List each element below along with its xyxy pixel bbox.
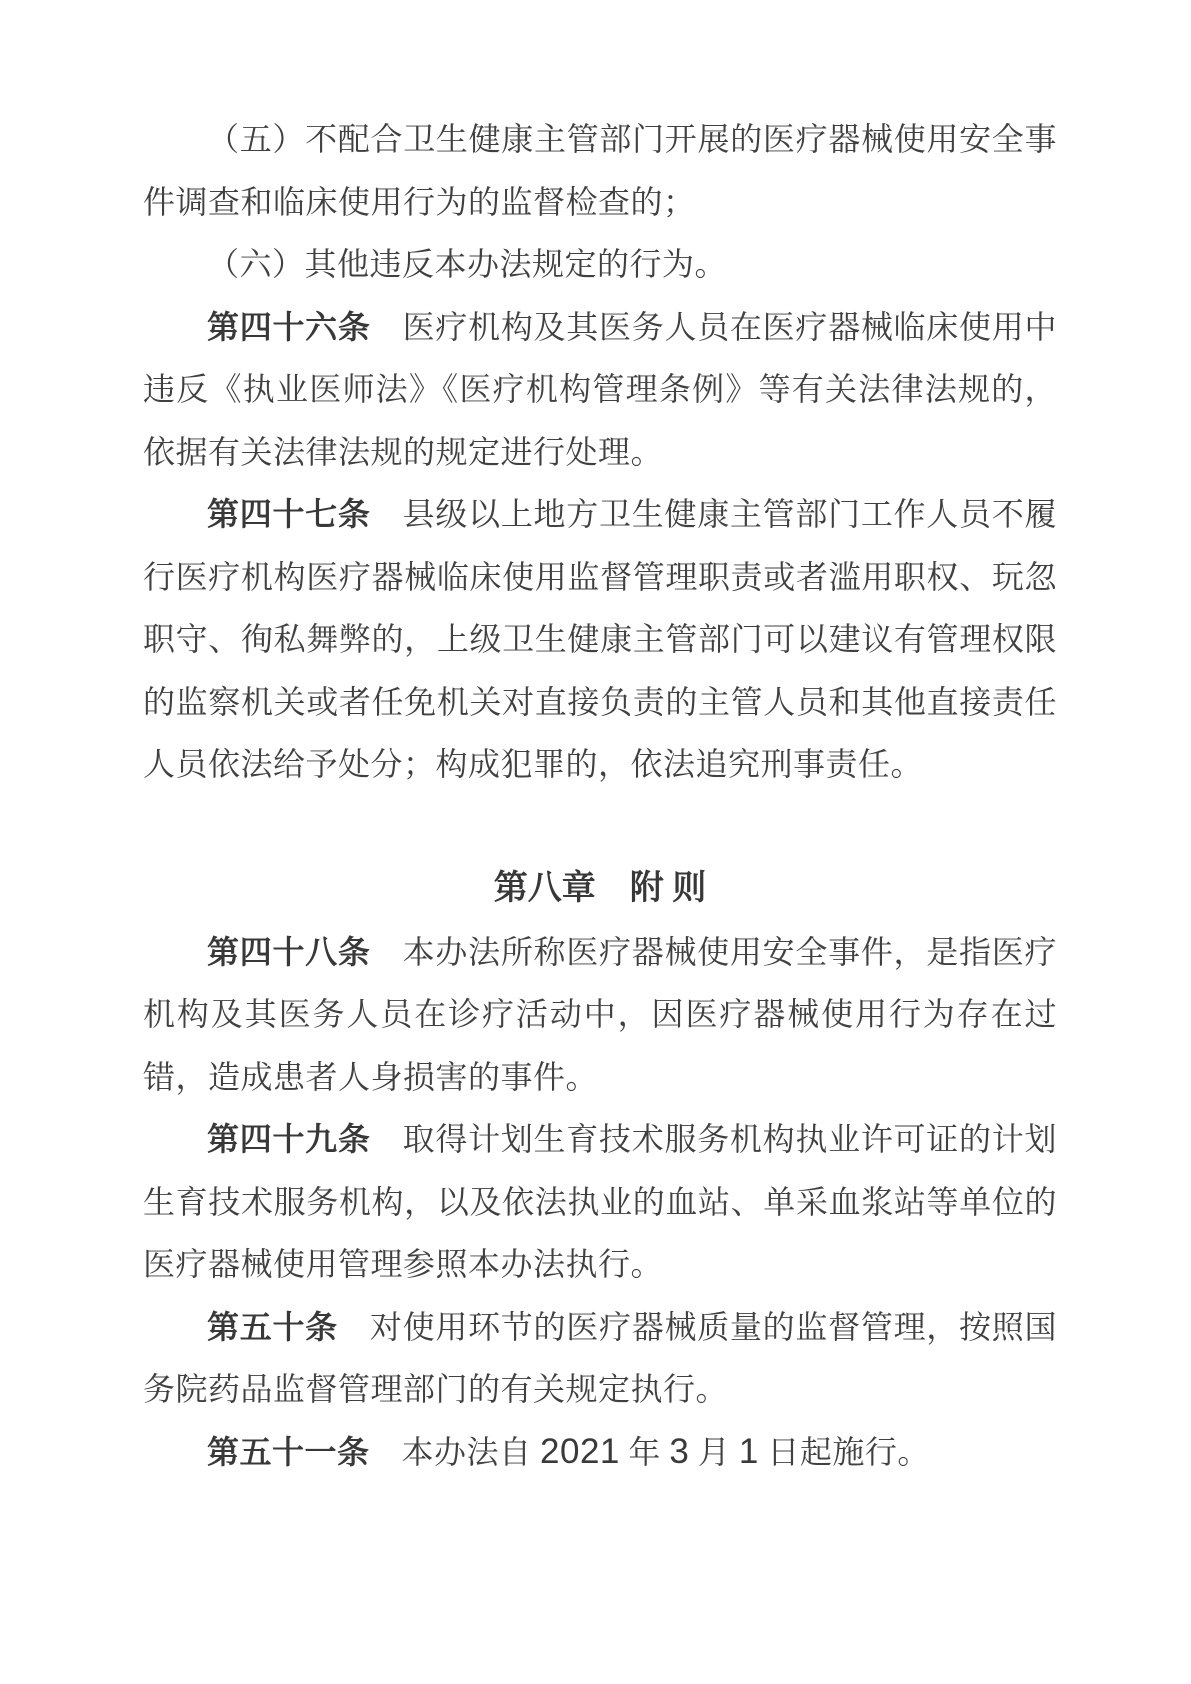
effective-month: 3 bbox=[669, 1432, 689, 1471]
chapter-heading: 第八章 附 则 bbox=[143, 858, 1057, 921]
clause-item-5-text: （五）不配合卫生健康主管部门开展的医疗器械使用安全事件调查和临床使用行为的监督检… bbox=[143, 121, 1057, 220]
article-51-text-mid1: 年 bbox=[620, 1434, 670, 1470]
article-47-text: 县级以上地方卫生健康主管部门工作人员不履行医疗机构医疗器械临床使用监督管理职责或… bbox=[143, 496, 1057, 782]
article-49-paragraph: 第四十九条取得计划生育技术服务机构执业许可证的计划生育技术服务机构，以及依法执业… bbox=[143, 1108, 1057, 1296]
article-51-text-pre: 本办法自 bbox=[402, 1434, 541, 1470]
effective-year: 2021 bbox=[540, 1432, 620, 1471]
clause-item-6-text: （六）其他违反本办法规定的行为。 bbox=[207, 246, 727, 282]
document-page: （五）不配合卫生健康主管部门开展的医疗器械使用安全事件调查和临床使用行为的监督检… bbox=[0, 0, 1191, 1684]
article-51-text-post: 日起施行。 bbox=[759, 1434, 930, 1470]
article-48-paragraph: 第四十八条本办法所称医疗器械使用安全事件，是指医疗机构及其医务人员在诊疗活动中，… bbox=[143, 921, 1057, 1109]
article-47-paragraph: 第四十七条县级以上地方卫生健康主管部门工作人员不履行医疗机构医疗器械临床使用监督… bbox=[143, 483, 1057, 796]
article-46-paragraph: 第四十六条医疗机构及其医务人员在医疗器械临床使用中违反《执业医师法》《医疗机构管… bbox=[143, 296, 1057, 484]
effective-day: 1 bbox=[739, 1432, 759, 1471]
article-47-number: 第四十七条 bbox=[207, 496, 371, 532]
article-46-number: 第四十六条 bbox=[207, 309, 371, 345]
clause-item-5: （五）不配合卫生健康主管部门开展的医疗器械使用安全事件调查和临床使用行为的监督检… bbox=[143, 108, 1057, 233]
article-50-number: 第五十条 bbox=[207, 1309, 338, 1345]
article-51-number: 第五十一条 bbox=[207, 1434, 370, 1470]
article-49-number: 第四十九条 bbox=[207, 1121, 371, 1157]
clause-item-6: （六）其他违反本办法规定的行为。 bbox=[143, 233, 1057, 296]
article-51-paragraph: 第五十一条本办法自 2021 年 3 月 1 日起施行。 bbox=[143, 1421, 1057, 1484]
article-50-paragraph: 第五十条对使用环节的医疗器械质量的监督管理，按照国务院药品监督管理部门的有关规定… bbox=[143, 1296, 1057, 1421]
article-48-number: 第四十八条 bbox=[207, 934, 371, 970]
article-51-text-mid2: 月 bbox=[689, 1434, 739, 1470]
